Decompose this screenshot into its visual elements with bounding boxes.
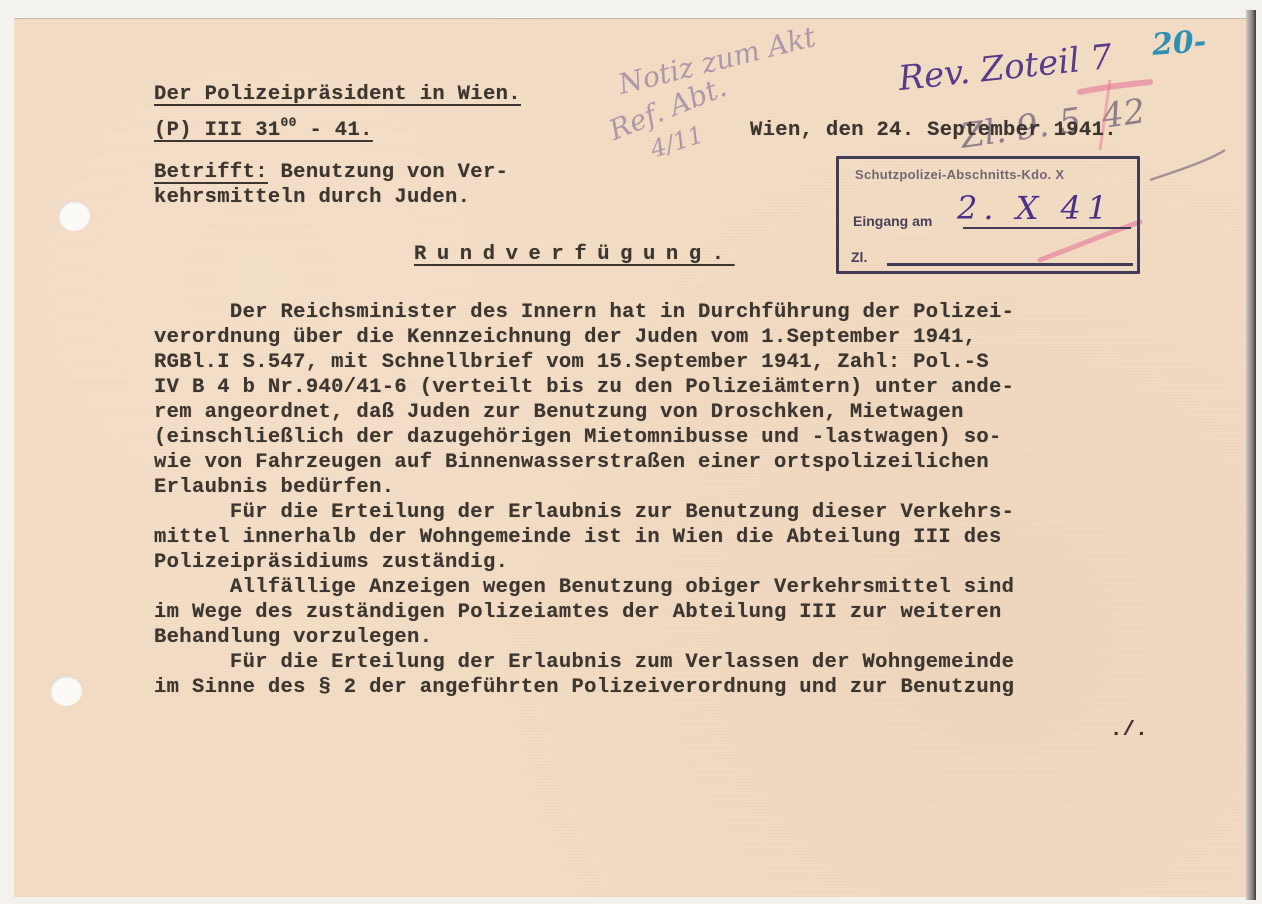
reference-suffix: - 41. [297,119,373,142]
subject-line-2: kehrsmitteln durch Juden. [154,185,470,210]
body-line: rem angeordnet, daß Juden zur Benutzung … [154,400,964,425]
continuation-mark: ./. [1110,718,1148,743]
stamp-rule [887,263,1133,266]
stamp-office: Schutzpolizei-Abschnitts-Kdo. X [855,167,1064,182]
subject-label: Betrifft: [154,161,268,184]
stamp-received-date: 2. X 41 [957,189,1113,227]
body-line: Erlaubnis bedürfen. [154,475,394,500]
body-line: im Sinne des § 2 der angeführten Polizei… [154,675,1014,700]
reference-number: (P) III 3100 - 41. [154,118,373,144]
reference-superscript: 00 [281,115,297,130]
body-line: IV B 4 b Nr.940/41-6 (verteilt bis zu de… [154,375,1014,400]
body-line: Allfällige Anzeigen wegen Benutzung obig… [154,575,1014,600]
stamp-rule [963,227,1131,229]
subject-text-1: Benutzung von Ver- [268,161,508,184]
receipt-stamp: Schutzpolizei-Abschnitts-Kdo. X Eingang … [836,156,1140,274]
body-line: RGBl.I S.547, mit Schnellbrief vom 15.Se… [154,350,989,375]
body-line: im Wege des zuständigen Polizeiamtes der… [154,600,1002,625]
body-line: wie von Fahrzeugen auf Binnenwasserstraß… [154,450,989,475]
reference-prefix: (P) III 31 [154,119,281,142]
body-line: verordnung über die Kennzeichnung der Ju… [154,325,976,350]
scanner-edge [1246,10,1256,900]
body-line: Für die Erteilung der Erlaubnis zum Verl… [154,650,1014,675]
issuing-authority: Der Polizeipräsident in Wien. [154,82,521,107]
teal-pen-note: 20- [1151,24,1208,63]
body-line: Polizeipräsidiums zuständig. [154,550,508,575]
body-line: Behandlung vorzulegen. [154,625,432,650]
place-date: Wien, den 24. September 1941. [750,118,1117,143]
subject-line-1: Betrifft: Benutzung von Ver- [154,160,508,185]
stamp-number-label: Zl. [851,249,867,265]
body-line: Für die Erteilung der Erlaubnis zur Benu… [154,500,1014,525]
punch-hole-bottom [50,676,82,706]
document-title: Rundverfügung. [414,242,735,267]
body-line: Der Reichsminister des Innern hat in Dur… [154,300,1014,325]
stamp-received-label: Eingang am [853,213,932,229]
punch-hole-top [58,201,90,231]
body-line: mittel innerhalb der Wohngemeinde ist in… [154,525,1002,550]
body-line: (einschließlich der dazugehörigen Mietom… [154,425,1002,450]
